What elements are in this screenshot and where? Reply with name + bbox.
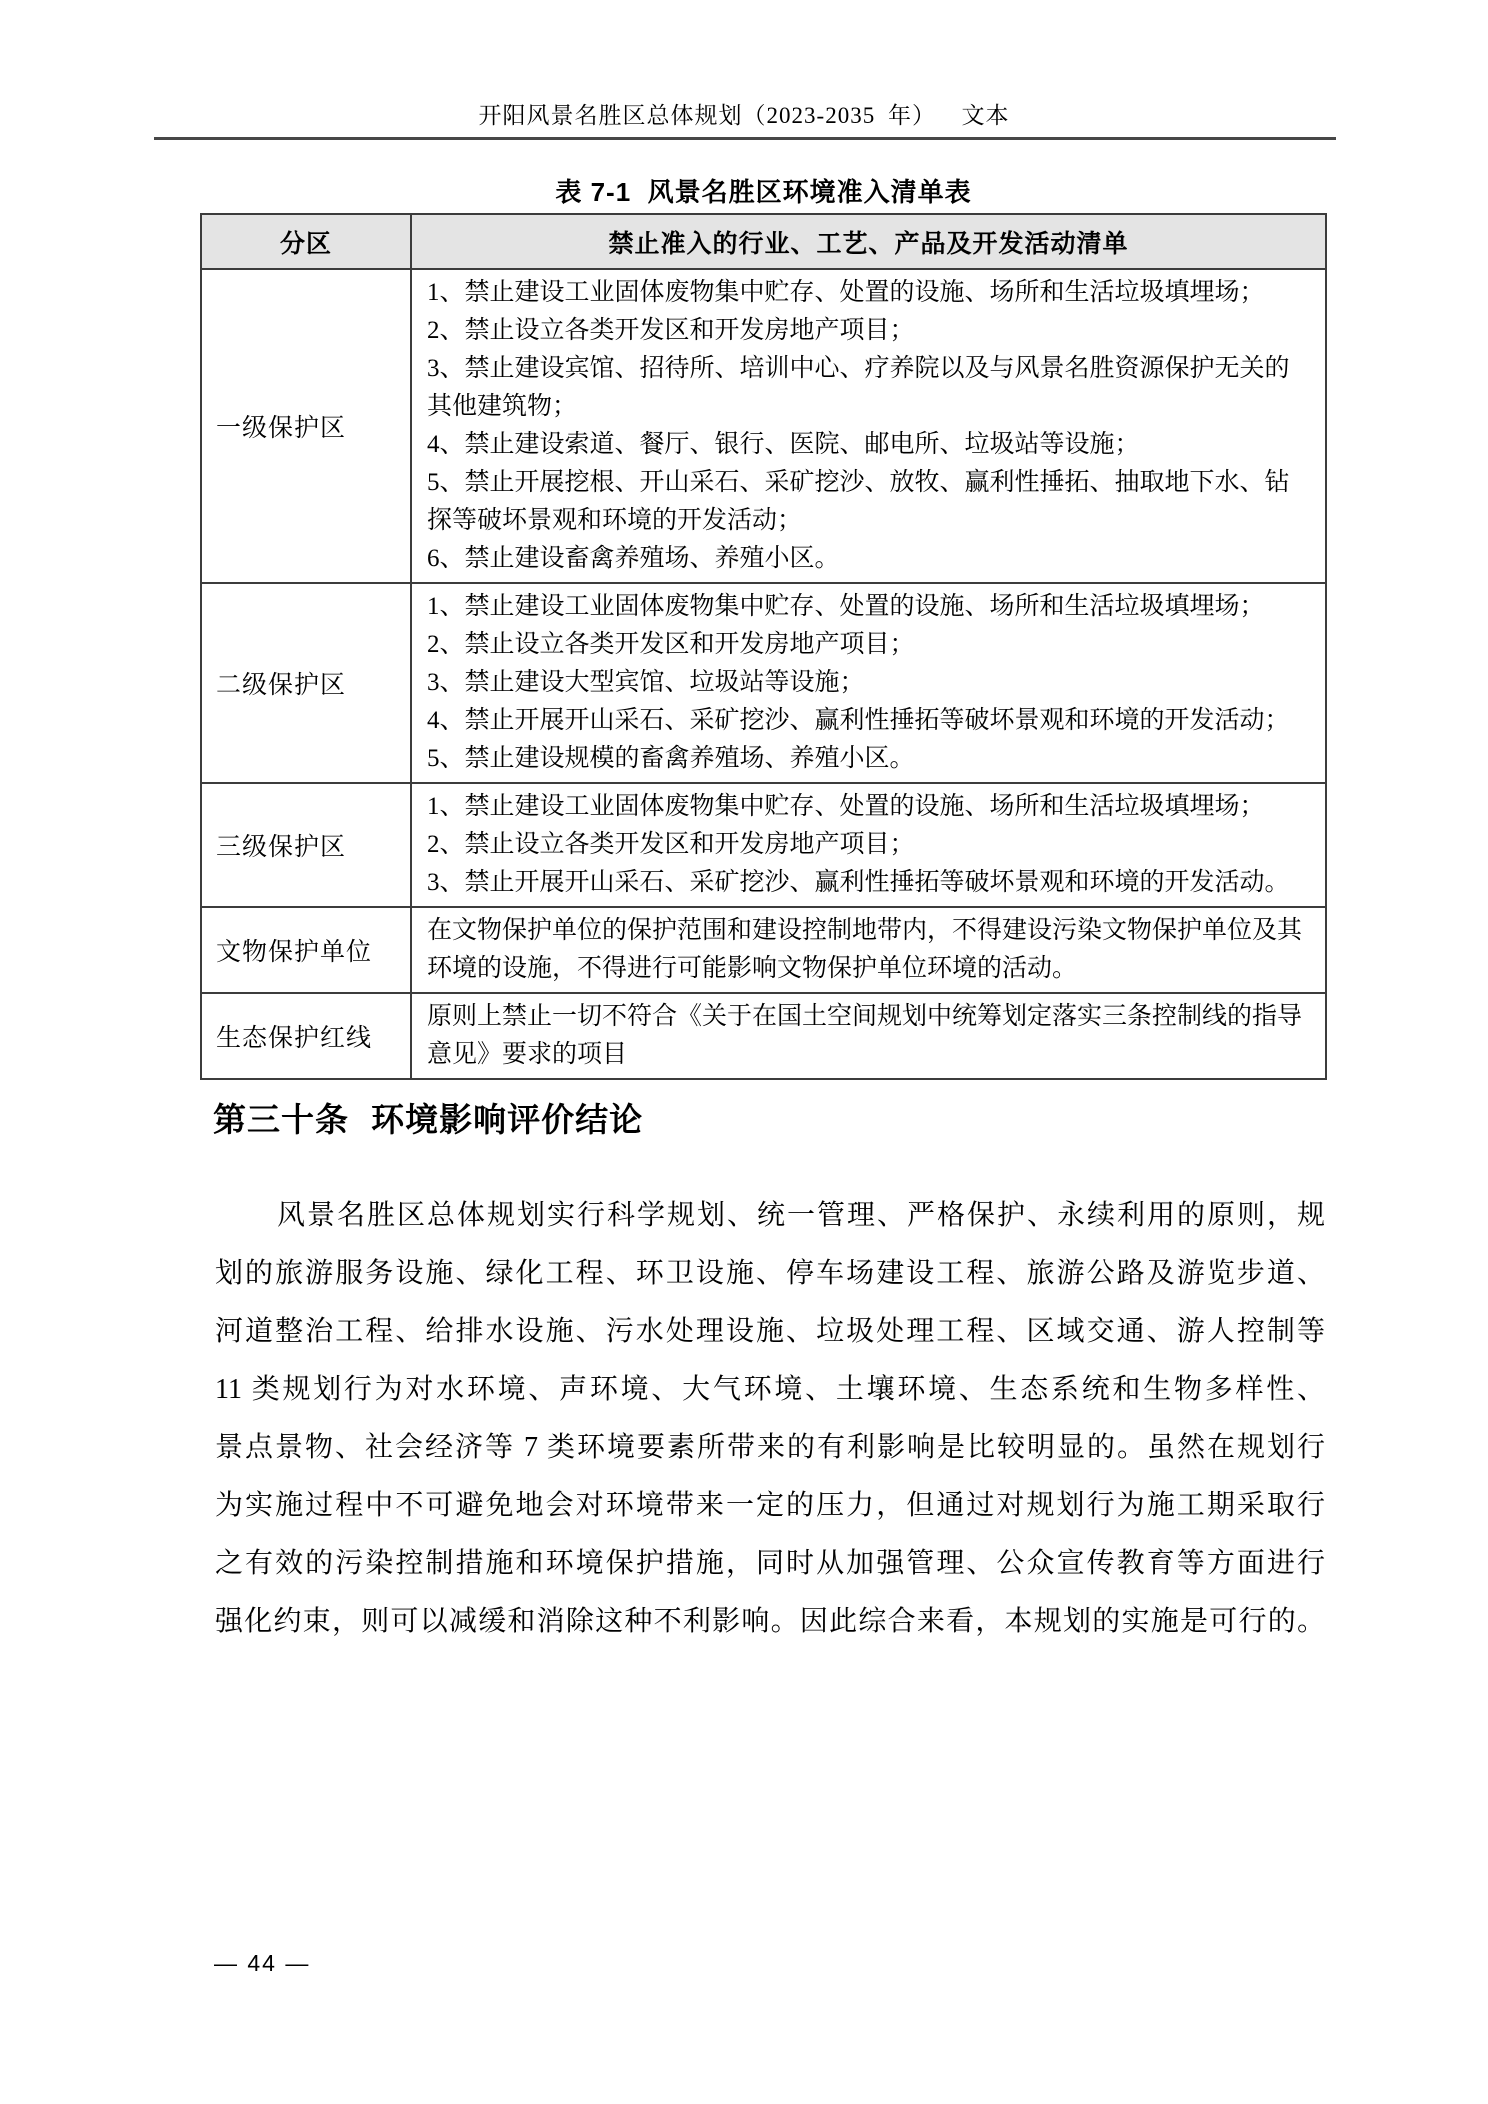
prohibited-item: 2、禁止设立各类开发区和开发房地产项目； [427,626,1313,664]
prohibited-items-cell: 1、禁止建设工业固体废物集中贮存、处置的设施、场所和生活垃圾填埋场；2、禁止设立… [411,269,1326,583]
table-row: 二级保护区1、禁止建设工业固体废物集中贮存、处置的设施、场所和生活垃圾填埋场；2… [201,583,1326,783]
zone-label: 三级保护区 [201,783,411,907]
paragraph-line: 划的旅游服务设施、绿化工程、环卫设施、停车场建设工程、旅游公路及游览步道、 [215,1245,1325,1303]
prohibited-item: 1、禁止建设工业固体废物集中贮存、处置的设施、场所和生活垃圾填埋场； [427,274,1313,312]
zone-label: 生态保护红线 [201,993,411,1079]
column-header-prohibited: 禁止准入的行业、工艺、产品及开发活动清单 [411,214,1326,269]
prohibited-item: 4、禁止建设索道、餐厅、银行、医院、邮电所、垃圾站等设施； [427,426,1313,464]
paragraph-line: 风景名胜区总体规划实行科学规划、统一管理、严格保护、永续利用的原则，规 [215,1187,1325,1245]
zone-label: 二级保护区 [201,583,411,783]
prohibited-item: 2、禁止设立各类开发区和开发房地产项目； [427,312,1313,350]
zone-label: 一级保护区 [201,269,411,583]
prohibited-item: 3、禁止建设宾馆、招待所、培训中心、疗养院以及与风景名胜资源保护无关的其他建筑物… [427,350,1313,426]
prohibited-item: 4、禁止开展开山采石、采矿挖沙、赢利性捶拓等破坏景观和环境的开发活动； [427,702,1313,740]
prohibited-items-cell: 在文物保护单位的保护范围和建设控制地带内，不得建设污染文物保护单位及其环境的设施… [411,907,1326,993]
paragraph-line: 河道整治工程、给排水设施、污水处理设施、垃圾处理工程、区域交通、游人控制等 [215,1303,1325,1361]
prohibited-items-cell: 1、禁止建设工业固体废物集中贮存、处置的设施、场所和生活垃圾填埋场；2、禁止设立… [411,583,1326,783]
prohibited-item: 在文物保护单位的保护范围和建设控制地带内，不得建设污染文物保护单位及其环境的设施… [427,912,1313,988]
table-title: 表 7-1 风景名胜区环境准入清单表 [200,172,1327,209]
page-number: — 44 — [214,1950,310,1977]
column-header-zone: 分区 [201,214,411,269]
table-row: 文物保护单位在文物保护单位的保护范围和建设控制地带内，不得建设污染文物保护单位及… [201,907,1326,993]
prohibited-items-cell: 原则上禁止一切不符合《关于在国土空间规划中统筹划定落实三条控制线的指导意见》要求… [411,993,1326,1079]
prohibited-item: 1、禁止建设工业固体废物集中贮存、处置的设施、场所和生活垃圾填埋场； [427,788,1313,826]
prohibited-item: 1、禁止建设工业固体废物集中贮存、处置的设施、场所和生活垃圾填埋场； [427,588,1313,626]
paragraph-line: 强化约束，则可以减缓和消除这种不利影响。因此综合来看，本规划的实施是可行的。 [215,1593,1325,1651]
prohibited-item: 6、禁止建设畜禽养殖场、养殖小区。 [427,540,1313,578]
running-header-title: 开阳风景名胜区总体规划（2023-2035 年） 文本 [0,97,1488,130]
paragraph-line: 景点景物、社会经济等 7 类环境要素所带来的有利影响是比较明显的。虽然在规划行 [215,1419,1325,1477]
table-header-row: 分区 禁止准入的行业、工艺、产品及开发活动清单 [201,214,1326,269]
header-rule [154,137,1336,140]
table-row: 三级保护区1、禁止建设工业固体废物集中贮存、处置的设施、场所和生活垃圾填埋场；2… [201,783,1326,907]
zone-label: 文物保护单位 [201,907,411,993]
prohibited-item: 3、禁止建设大型宾馆、垃圾站等设施； [427,664,1313,702]
env-table-body: 一级保护区1、禁止建设工业固体废物集中贮存、处置的设施、场所和生活垃圾填埋场；2… [201,269,1326,1079]
prohibited-item: 2、禁止设立各类开发区和开发房地产项目； [427,826,1313,864]
paragraph-line: 之有效的污染控制措施和环境保护措施，同时从加强管理、公众宣传教育等方面进行 [215,1535,1325,1593]
paragraph-line: 为实施过程中不可避免地会对环境带来一定的压力，但通过对规划行为施工期采取行 [215,1477,1325,1535]
conclusion-paragraph: 风景名胜区总体规划实行科学规划、统一管理、严格保护、永续利用的原则，规划的旅游服… [215,1187,1325,1651]
prohibited-item: 3、禁止开展开山采石、采矿挖沙、赢利性捶拓等破坏景观和环境的开发活动。 [427,864,1313,902]
environment-access-table: 分区 禁止准入的行业、工艺、产品及开发活动清单 一级保护区1、禁止建设工业固体废… [200,213,1327,1080]
prohibited-item: 5、禁止建设规模的畜禽养殖场、养殖小区。 [427,740,1313,778]
prohibited-item: 5、禁止开展挖根、开山采石、采矿挖沙、放牧、赢利性捶拓、抽取地下水、钻探等破坏景… [427,464,1313,540]
table-row: 生态保护红线原则上禁止一切不符合《关于在国土空间规划中统筹划定落实三条控制线的指… [201,993,1326,1079]
table-row: 一级保护区1、禁止建设工业固体废物集中贮存、处置的设施、场所和生活垃圾填埋场；2… [201,269,1326,583]
prohibited-item: 原则上禁止一切不符合《关于在国土空间规划中统筹划定落实三条控制线的指导意见》要求… [427,998,1313,1074]
section-heading: 第三十条 环境影响评价结论 [213,1094,643,1141]
paragraph-line: 11 类规划行为对水环境、声环境、大气环境、土壤环境、生态系统和生物多样性、 [215,1361,1325,1419]
prohibited-items-cell: 1、禁止建设工业固体废物集中贮存、处置的设施、场所和生活垃圾填埋场；2、禁止设立… [411,783,1326,907]
